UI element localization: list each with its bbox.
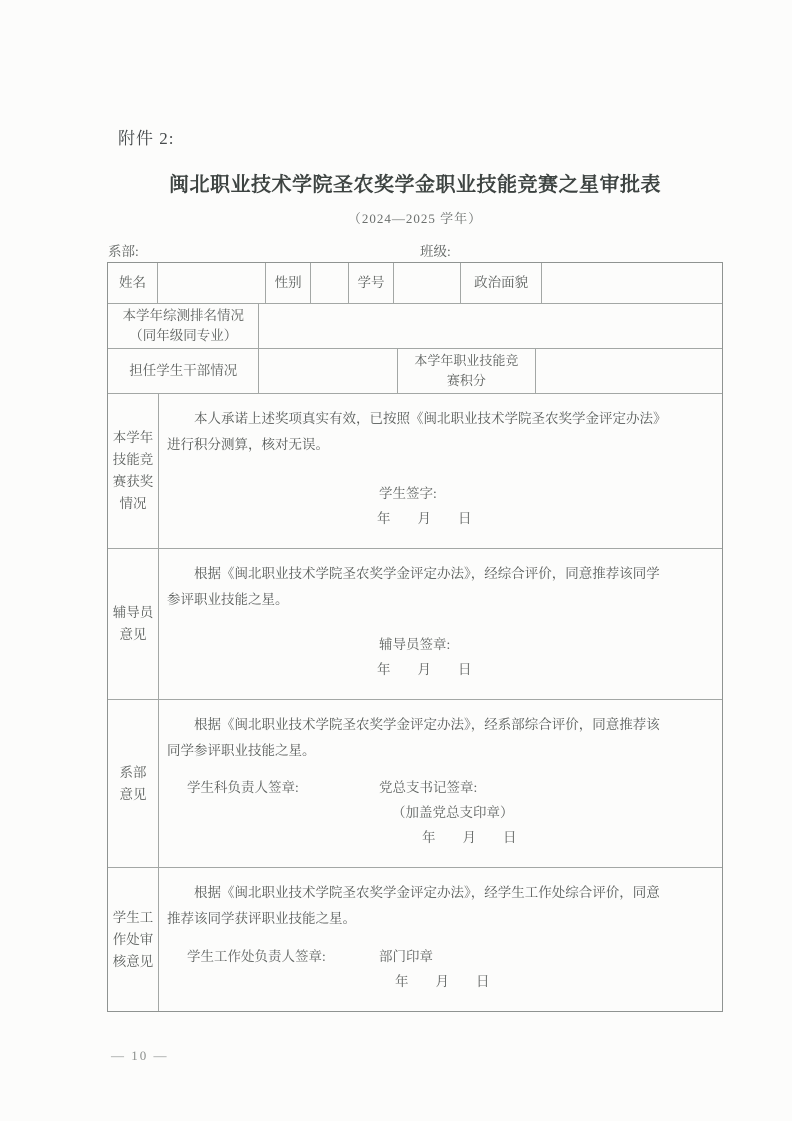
political-status-value-cell [541, 263, 722, 303]
student-signature-label: 学生签字: [379, 484, 437, 504]
department-seal-label: 部门印章 [379, 947, 433, 967]
student-info-row: 姓名 性别 学号 政治面貌 [108, 263, 722, 303]
approval-form-table: 姓名 性别 学号 政治面貌 本学年综测排名情况 （同年级同专业） 担任学生干部情… [107, 262, 723, 1012]
department-paragraph: 根据《闽北职业技术学院圣农奖学金评定办法》，经系部综合评价，同意推荐该 同学参评… [159, 700, 722, 764]
date-fields: 年 月 日 [422, 828, 517, 848]
name-label: 姓名 [108, 263, 157, 303]
department-signature-block: 学生科负责人签章: 党总支书记签章: （加盖党总支印章） 年 月 日 [159, 778, 722, 867]
meta-line: 系部: 班级: [107, 240, 723, 258]
student-affairs-paragraph: 根据《闽北职业技术学院圣农奖学金评定办法》，经学生工作处综合评价，同意 推荐该同… [159, 868, 722, 932]
academic-year-subtitle: （2024—2025 学年） [107, 210, 723, 228]
form-content: 附件 2: 闽北职业技术学院圣农奖学金职业技能竞赛之星审批表 （2024—202… [107, 0, 723, 1064]
party-seal-note-line: （加盖党总支印章） [159, 803, 722, 828]
date-fields: 年 月 日 [377, 660, 472, 680]
political-status-label: 政治面貌 [460, 263, 542, 303]
student-affairs-date-line: 年 月 日 [159, 972, 722, 997]
class-label: 班级: [420, 240, 451, 260]
form-title: 闽北职业技术学院圣农奖学金职业技能竞赛之星审批表 [107, 174, 723, 196]
student-affairs-head-signature-label: 学生工作处负责人签章: [187, 947, 326, 967]
counselor-date-line: 年 月 日 [159, 660, 722, 685]
section-counselor-opinion: 辅导员 意见 根据《闽北职业技术学院圣农奖学金评定办法》，经综合评价，同意推荐该… [108, 548, 722, 699]
student-date-line: 年 月 日 [159, 509, 722, 534]
student-affairs-chief-signature-label: 学生科负责人签章: [187, 778, 299, 798]
date-fields: 年 月 日 [377, 509, 472, 529]
department-signature-line: 学生科负责人签章: 党总支书记签章: [159, 778, 722, 803]
ranking-label: 本学年综测排名情况 （同年级同专业） [108, 304, 258, 348]
section-student-affairs-label: 学生工 作处审 核意见 [108, 868, 158, 1011]
gender-value-cell [310, 263, 348, 303]
section-counselor-label: 辅导员 意见 [108, 549, 158, 699]
cadre-value-cell [258, 349, 397, 393]
cadre-label: 担任学生干部情况 [108, 349, 258, 393]
section-counselor-content: 根据《闽北职业技术学院圣农奖学金评定办法》，经综合评价，同意推荐该同学 参评职业… [158, 549, 722, 699]
attachment-label: 附件 2: [118, 128, 723, 150]
counselor-paragraph: 根据《闽北职业技术学院圣农奖学金评定办法》，经综合评价，同意推荐该同学 参评职业… [159, 549, 722, 613]
pledge-paragraph: 本人承诺上述奖项真实有效，已按照《闽北职业技术学院圣农奖学金评定办法》 进行积分… [159, 394, 722, 458]
section-student-affairs-review: 学生工 作处审 核意见 根据《闽北职业技术学院圣农奖学金评定办法》，经学生工作处… [108, 867, 722, 1011]
gender-label: 性别 [265, 263, 310, 303]
page-number: — 10 — [111, 1048, 723, 1064]
party-seal-note: （加盖党总支印章） [392, 803, 514, 823]
ranking-value-cell [258, 304, 722, 348]
counselor-signature-line: 辅导员签章: [159, 635, 722, 660]
ranking-row: 本学年综测排名情况 （同年级同专业） [108, 303, 722, 348]
counselor-signature-block: 辅导员签章: 年 月 日 [159, 635, 722, 699]
document-page: { "page": { "attachment_label": "附件 2:",… [0, 0, 792, 1121]
section-skill-award-content: 本人承诺上述奖项真实有效，已按照《闽北职业技术学院圣农奖学金评定办法》 进行积分… [158, 394, 722, 548]
student-signature-line: 学生签字: [159, 484, 722, 509]
section-department-label: 系部 意见 [108, 700, 158, 867]
section-department-opinion: 系部 意见 根据《闽北职业技术学院圣农奖学金评定办法》，经系部综合评价，同意推荐… [108, 699, 722, 867]
student-signature-block: 学生签字: 年 月 日 [159, 484, 722, 548]
student-affairs-signature-line: 学生工作处负责人签章: 部门印章 [159, 947, 722, 972]
skill-points-label: 本学年职业技能竞 赛积分 [397, 349, 535, 393]
department-label: 系部: [108, 240, 139, 260]
section-department-content: 根据《闽北职业技术学院圣农奖学金评定办法》，经系部综合评价，同意推荐该 同学参评… [158, 700, 722, 867]
department-date-line: 年 月 日 [159, 828, 722, 853]
date-fields: 年 月 日 [395, 972, 490, 992]
section-student-affairs-content: 根据《闽北职业技术学院圣农奖学金评定办法》，经学生工作处综合评价，同意 推荐该同… [158, 868, 722, 1011]
cadre-row: 担任学生干部情况 本学年职业技能竞 赛积分 [108, 348, 722, 393]
student-id-value-cell [393, 263, 460, 303]
student-id-label: 学号 [348, 263, 393, 303]
name-value-cell [157, 263, 265, 303]
student-affairs-signature-block: 学生工作处负责人签章: 部门印章 年 月 日 [159, 947, 722, 1011]
party-secretary-signature-label: 党总支书记签章: [379, 778, 477, 798]
section-skill-award-label: 本学年 技能竞 赛获奖 情况 [108, 394, 158, 548]
skill-points-value-cell [535, 349, 722, 393]
counselor-signature-label: 辅导员签章: [379, 635, 450, 655]
section-skill-award: 本学年 技能竞 赛获奖 情况 本人承诺上述奖项真实有效，已按照《闽北职业技术学院… [108, 393, 722, 548]
